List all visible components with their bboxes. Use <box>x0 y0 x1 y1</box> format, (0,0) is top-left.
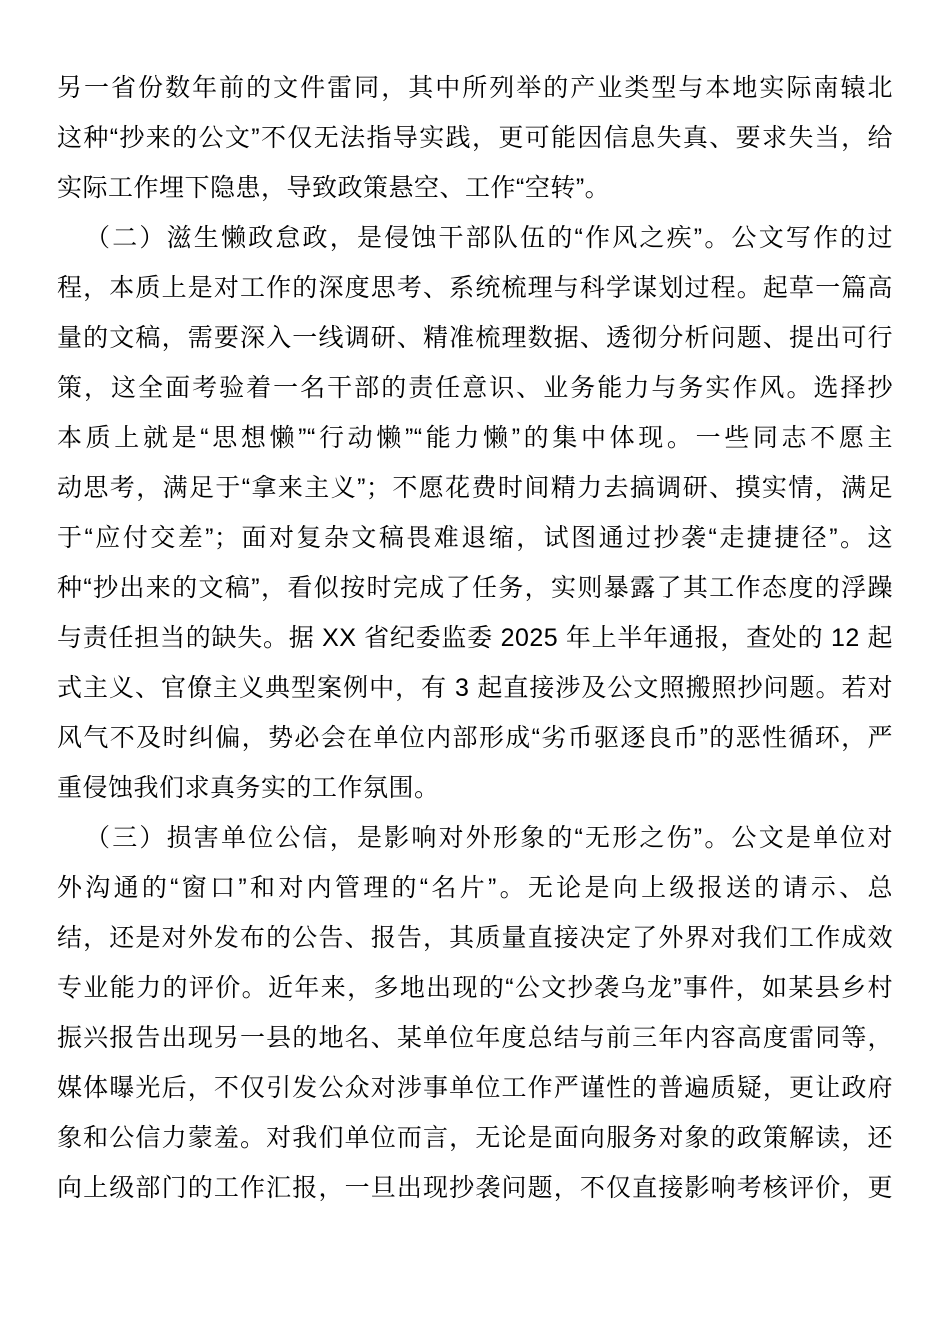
text-line: 于“应付交差”；面对复杂文稿畏难退缩，试图通过抄袭“走捷捷径”。这 <box>57 513 893 563</box>
text-line: 振兴报告出现另一县的地名、某单位年度总结与前三年内容高度雷同等，经 <box>57 1013 893 1063</box>
text-line: 实际工作埋下隐患，导致政策悬空、工作“空转”。 <box>57 163 893 213</box>
text-line: （二）滋生懒政怠政，是侵蚀干部队伍的“作风之疾”。公文写作的过 <box>57 213 893 263</box>
text-line: 种“抄出来的文稿”，看似按时完成了任务，实则暴露了其工作态度的浮躁 <box>57 563 893 613</box>
text-line: 程，本质上是对工作的深度思考、系统梳理与科学谋划过程。起草一篇高质 <box>57 263 893 313</box>
text-line: 另一省份数年前的文件雷同，其中所列举的产业类型与本地实际南辕北辙， <box>57 63 893 113</box>
paragraph-section-three: （三）损害单位公信，是影响对外形象的“无形之伤”。公文是单位对外沟通的“窗口”和… <box>57 813 893 1213</box>
text-line: 策，这全面考验着一名干部的责任意识、业务能力与务实作风。选择抄袭， <box>57 363 893 413</box>
text-line: 重侵蚀我们求真务实的工作氛围。 <box>57 763 893 813</box>
text-line: 外沟通的“窗口”和对内管理的“名片”。无论是向上级报送的请示、总 <box>57 863 893 913</box>
text-line: 与责任担当的缺失。据 XX 省纪委监委 2025 年上半年通报，查处的 12 起… <box>57 613 893 663</box>
text-line: 量的文稿，需要深入一线调研、精准梳理数据、透彻分析问题、提出可行对 <box>57 313 893 363</box>
text-line: 式主义、官僚主义典型案例中，有 3 起直接涉及公文照搬照抄问题。若对此 <box>57 663 893 713</box>
text-line: 风气不及时纠偏，势必会在单位内部形成“劣币驱逐良币”的恶性循环，严 <box>57 713 893 763</box>
text-line: 专业能力的评价。近年来，多地出现的“公文抄袭乌龙”事件，如某县乡村 <box>57 963 893 1013</box>
text-line: 本质上就是“思想懒”“行动懒”“能力懒”的集中体现。一些同志不愿主 <box>57 413 893 463</box>
paragraph-section-two: （二）滋生懒政怠政，是侵蚀干部队伍的“作风之疾”。公文写作的过程，本质上是对工作… <box>57 213 893 813</box>
paragraph-continued-from-previous-page: 另一省份数年前的文件雷同，其中所列举的产业类型与本地实际南辕北辙，这种“抄来的公… <box>57 63 893 213</box>
text-line: 这种“抄来的公文”不仅无法指导实践，更可能因信息失真、要求失当，给 <box>57 113 893 163</box>
text-line: 动思考，满足于“拿来主义”；不愿花费时间精力去搞调研、摸实情，满足 <box>57 463 893 513</box>
text-line: （三）损害单位公信，是影响对外形象的“无形之伤”。公文是单位对 <box>57 813 893 863</box>
text-line: 媒体曝光后，不仅引发公众对涉事单位工作严谨性的普遍质疑，更让政府形 <box>57 1063 893 1113</box>
document-page: 另一省份数年前的文件雷同，其中所列举的产业类型与本地实际南辕北辙，这种“抄来的公… <box>0 0 950 1344</box>
text-line: 结，还是对外发布的公告、报告，其质量直接决定了外界对我们工作成效和 <box>57 913 893 963</box>
document-body: 另一省份数年前的文件雷同，其中所列举的产业类型与本地实际南辕北辙，这种“抄来的公… <box>57 63 893 1213</box>
text-line: 象和公信力蒙羞。对我们单位而言，无论是面向服务对象的政策解读，还是 <box>57 1113 893 1163</box>
text-line: 向上级部门的工作汇报，一旦出现抄袭问题，不仅直接影响考核评价，更会 <box>57 1163 893 1213</box>
